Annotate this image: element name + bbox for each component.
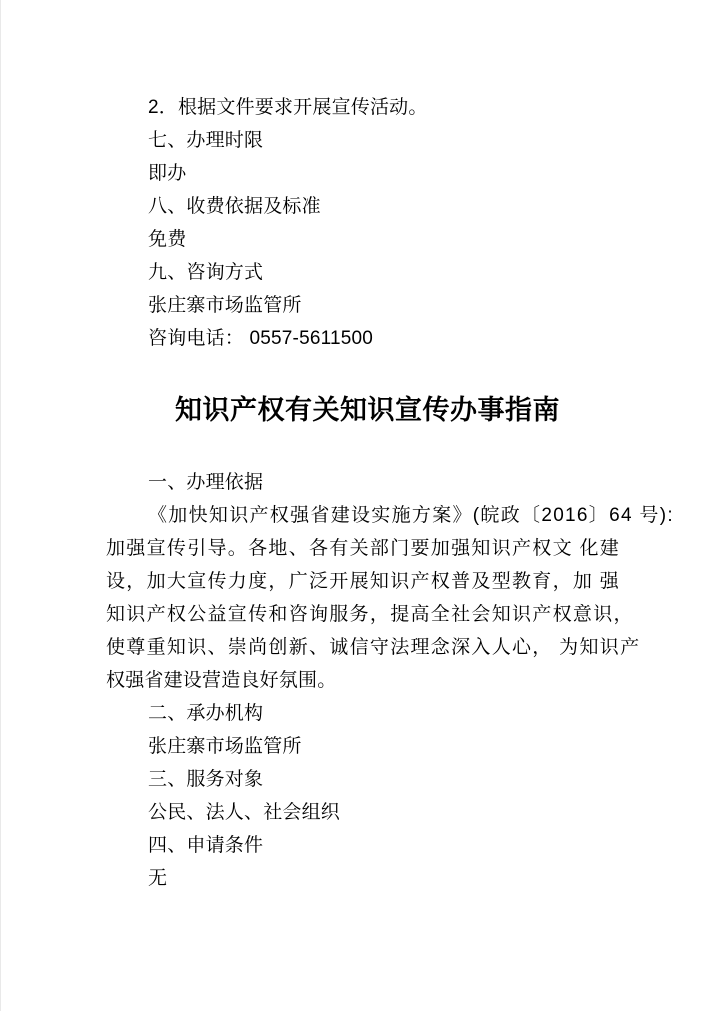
doc-line: 七、办理时限 [106, 124, 629, 157]
doc-line-phone: 咨询电话： 0557-5611500 [106, 322, 629, 355]
doc-line: 2．根据文件要求开展宣传活动。 [106, 91, 629, 124]
doc-line: 《加快知识产权强省建设实施方案》(皖政〔2016〕64 号): [106, 499, 629, 532]
doc-line: 张庄寨市场监管所 [106, 730, 629, 763]
doc-line: 八、收费依据及标准 [106, 190, 629, 223]
doc-line: 张庄寨市场监管所 [106, 289, 629, 322]
document-content: 2．根据文件要求开展宣传活动。 七、办理时限 即办 八、收费依据及标准 免费 九… [1, 0, 715, 895]
doc-line-section-heading: 三、服务对象 [106, 763, 629, 796]
doc-line-section-heading: 四、申请条件 [106, 829, 629, 862]
doc-line: 权强省建设营造良好氛围。 [106, 664, 629, 697]
doc-line-section-heading: 一、办理依据 [106, 466, 629, 499]
doc-line: 九、咨询方式 [106, 256, 629, 289]
doc-line-section-heading: 二、承办机构 [106, 697, 629, 730]
doc-line: 免费 [106, 223, 629, 256]
document-page: 2．根据文件要求开展宣传活动。 七、办理时限 即办 八、收费依据及标准 免费 九… [0, 0, 715, 1011]
doc-line: 公民、法人、社会组织 [106, 796, 629, 829]
doc-line: 设，加大宣传力度，广泛开展知识产权普及型教育，加 强 [106, 565, 629, 598]
doc-line: 知识产权公益宣传和咨询服务，提高全社会知识产权意识， [106, 598, 629, 631]
doc-line: 即办 [106, 157, 629, 190]
doc-line: 使尊重知识、崇尚创新、诚信守法理念深入人心， 为知识产 [106, 631, 629, 664]
doc-title: 知识产权有关知识宣传办事指南 [106, 392, 629, 428]
doc-line: 加强宣传引导。各地、各有关部门要加强知识产权文 化建 [106, 532, 629, 565]
doc-line: 无 [106, 862, 629, 895]
